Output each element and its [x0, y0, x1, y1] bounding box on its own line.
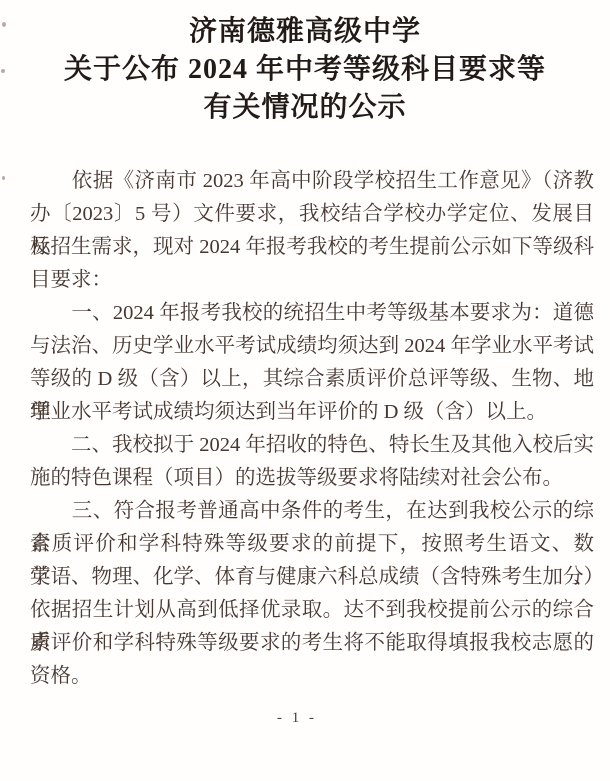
scan-speck	[1, 69, 5, 73]
body-text-line: 三、符合报考普通高中条件的考生，在达到我校公示的综合	[30, 495, 594, 528]
scan-speck	[2, 22, 6, 27]
document-page: 济南德雅高级中学 关于公布 2024 年中考等级科目要求等 有关情况的公示 依据…	[0, 0, 610, 781]
body-text-line: 学业水平考试成绩均须达到当年评价的 D 级（含）以上。	[30, 396, 594, 429]
document-body: 依据《济南市 2023 年高中阶段学校招生工作意见》（济教 办〔2023〕5 号…	[30, 165, 594, 693]
body-text-line: 英语、物理、化学、体育与健康六科总成绩（含特殊考生加分）	[30, 561, 594, 594]
body-text-line: 二、我校拟于 2024 年招收的特色、特长生及其他入校后实	[30, 429, 594, 462]
title-line-subject-2: 有关情况的公示	[0, 89, 610, 127]
body-text-line: 施的特色课程（项目）的选拔等级要求将陆续对社会公布。	[30, 462, 594, 495]
body-text-line: 质评价和学科特殊等级要求的考生将不能取得填报我校志愿的	[30, 627, 594, 660]
title-line-subject: 关于公布 2024 年中考等级科目要求等	[0, 51, 610, 89]
body-text-line: 及招生需求，现对 2024 年报考我校的考生提前公示如下等级科	[30, 231, 594, 264]
body-text-line: 与法治、历史学业水平考试成绩均须达到 2024 年学业水平考试	[30, 330, 594, 363]
body-text-line: 目要求：	[30, 264, 594, 297]
body-text-line: 办〔2023〕5 号）文件要求，我校结合学校办学定位、发展目标	[30, 198, 594, 231]
scan-speck	[2, 176, 5, 180]
body-text-line: 素质评价和学科特殊等级要求的前提下，按照考生语文、数学、	[30, 528, 594, 561]
body-text-line: 资格。	[30, 660, 594, 693]
title-line-school-name: 济南德雅高级中学	[0, 13, 610, 51]
body-text-line: 依据《济南市 2023 年高中阶段学校招生工作意见》（济教	[30, 165, 594, 198]
body-text-line: 等级的 D 级（含）以上，其综合素质评价总评等级、生物、地理	[30, 363, 594, 396]
page-number: - 1 -	[0, 710, 594, 727]
body-text-line: 一、2024 年报考我校的统招生中考等级基本要求为：道德	[30, 297, 594, 330]
document-title: 济南德雅高级中学 关于公布 2024 年中考等级科目要求等 有关情况的公示	[0, 0, 610, 127]
body-text-line: 依据招生计划从高到低择优录取。达不到我校提前公示的综合素	[30, 594, 594, 627]
